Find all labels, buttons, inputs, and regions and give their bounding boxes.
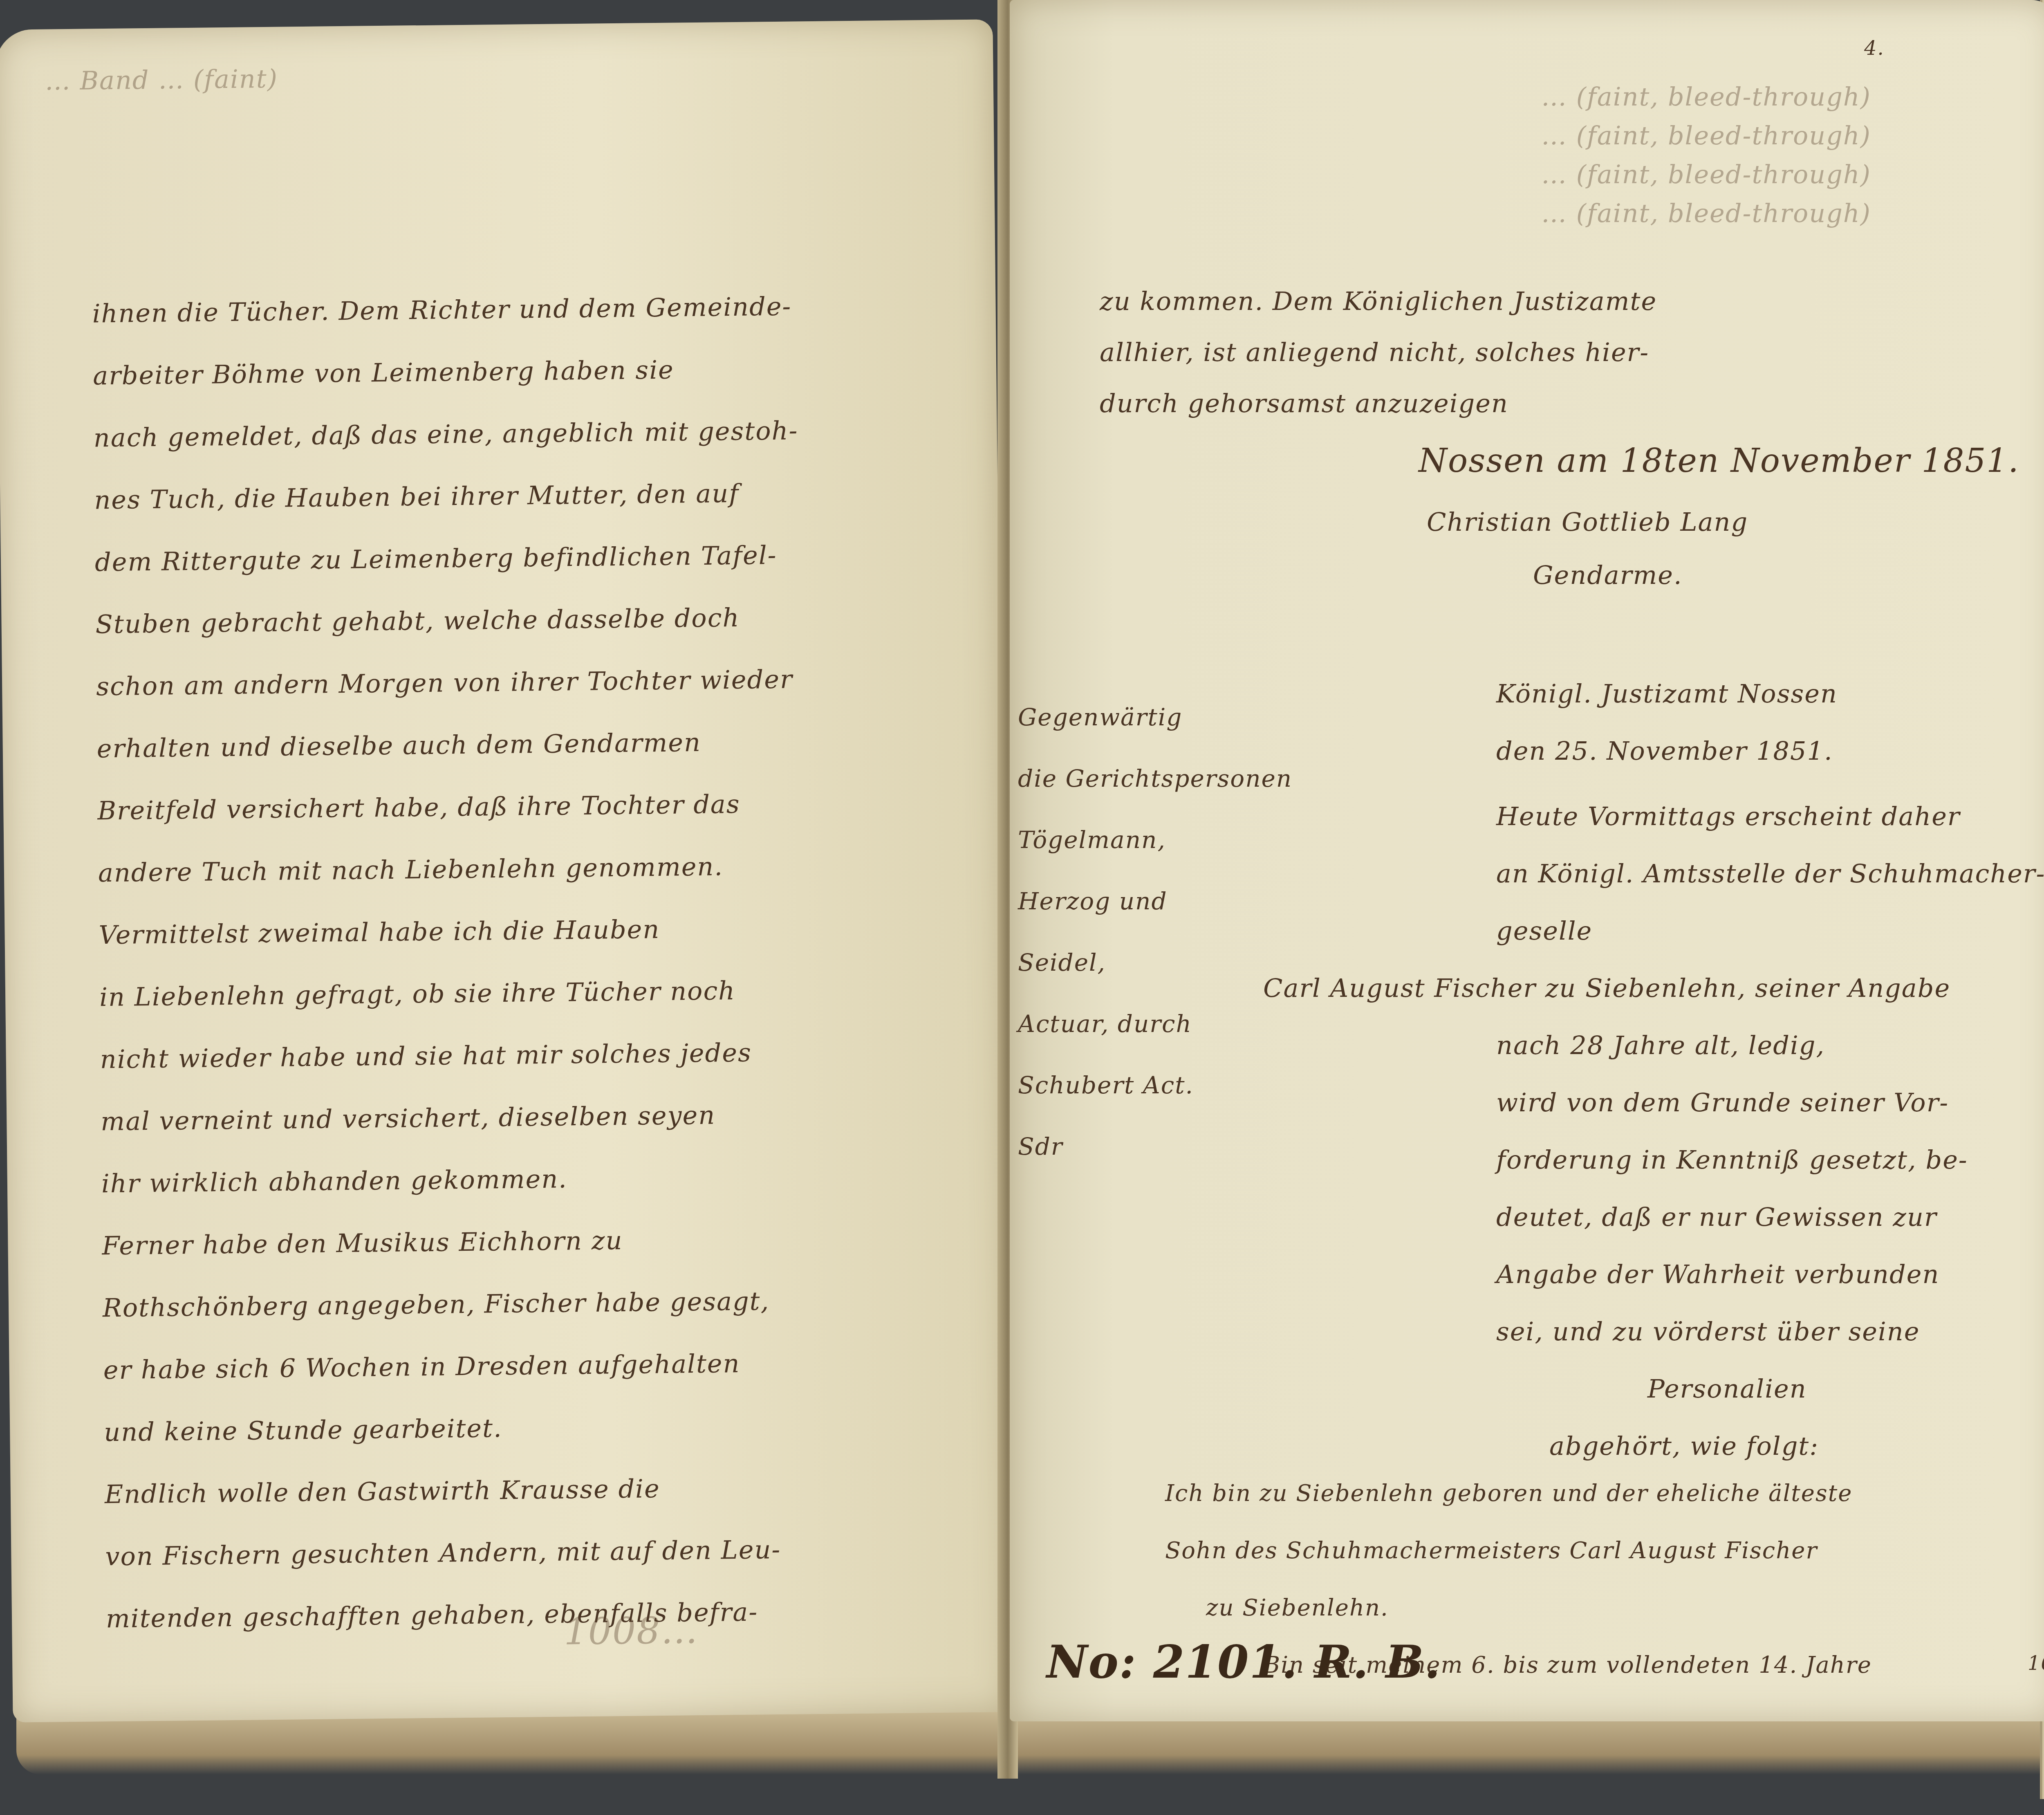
handwritten-line: allhier, ist anliegend nicht, solches hi… <box>1100 337 1649 367</box>
handwritten-line: Rothschönberg angegeben, Fischer habe ge… <box>103 1286 770 1323</box>
handwritten-line: Personalien <box>1647 1374 1807 1404</box>
handwritten-line: … (faint, bleed-through) <box>1541 82 1871 112</box>
handwritten-line: Endlich wolle den Gastwirth Krausse die <box>105 1474 660 1509</box>
handwritten-line: sei, und zu vörderst über seine <box>1496 1317 1920 1346</box>
signature-name: Christian Gottlieb Lang <box>1427 507 1748 537</box>
corner-mark: 16 <box>2028 1652 2044 1675</box>
handwritten-line: er habe sich 6 Wochen in Dresden aufgeha… <box>103 1348 740 1385</box>
handwritten-line: Ich bin zu Siebenlehn geboren und der eh… <box>1165 1480 1852 1507</box>
handwritten-line: … (faint, bleed-through) <box>1541 198 1871 228</box>
handwritten-line: schon am andern Morgen von ihrer Tochter… <box>96 664 793 702</box>
handwritten-line: Seidel, <box>1018 949 1106 976</box>
handwritten-line: Actuar, durch <box>1018 1010 1192 1038</box>
handwritten-line: an Königl. Amtsstelle der Schuhmacher- <box>1496 859 2044 888</box>
handwritten-line: abgehört, wie folgt: <box>1549 1431 1819 1461</box>
handwritten-line: und keine Stunde gearbeitet. <box>104 1413 502 1447</box>
right-page: 4. … (faint, bleed-through)… (faint, ble… <box>1010 0 2044 1721</box>
handwritten-line: erhalten und dieselbe auch dem Gendarmen <box>96 727 701 763</box>
faint-stamp: 1008… <box>564 1609 699 1653</box>
signature-title: Gendarme. <box>1533 560 1683 590</box>
report-date: Nossen am 18ten November 1851. <box>1419 442 2019 480</box>
left-page-text: ihnen die Tücher. Dem Richter und dem Ge… <box>0 19 993 30</box>
handwritten-line: nes Tuch, die Hauben bei ihrer Mutter, d… <box>94 478 739 515</box>
handwritten-line: zu kommen. Dem Königlichen Justizamte <box>1100 286 1657 316</box>
handwritten-line: Breitfeld versichert habe, daß ihre Toch… <box>97 789 740 826</box>
handwritten-line: Angabe der Wahrheit verbunden <box>1496 1259 1939 1289</box>
handwritten-line: Vermittelst zweimal habe ich die Hauben <box>99 914 660 950</box>
handwritten-line: arbeiter Böhme von Leimenberg haben sie <box>93 355 674 391</box>
handwritten-line: von Fischern gesuchten Andern, mit auf d… <box>105 1535 781 1571</box>
left-top-note: … Band … (faint) <box>45 64 278 96</box>
handwritten-line: ihr wirklich abhanden gekommen. <box>101 1164 568 1198</box>
handwritten-line: Schubert Act. <box>1018 1071 1194 1099</box>
page-number: 4. <box>1864 37 1885 60</box>
handwritten-line: Gegenwärtig <box>1018 703 1182 731</box>
handwritten-line: nach 28 Jahre alt, ledig, <box>1496 1030 1825 1060</box>
handwritten-line: ihnen die Tücher. Dem Richter und dem Ge… <box>92 292 791 329</box>
handwritten-line: Sdr <box>1018 1133 1063 1160</box>
handwritten-line: … (faint, bleed-through) <box>1541 159 1871 189</box>
handwritten-line: zu Siebenlehn. <box>1206 1595 1389 1621</box>
handwritten-line: geselle <box>1496 916 1592 946</box>
handwritten-line: Stuben gebracht gehabt, welche dasselbe … <box>95 603 740 639</box>
handwritten-line: nicht wieder habe und sie hat mir solche… <box>100 1038 752 1075</box>
handwritten-line: durch gehorsamst anzuzeigen <box>1100 388 1508 418</box>
open-manuscript-book: … Band … (faint) ihnen die Tücher. Dem R… <box>0 0 2044 1815</box>
handwritten-line: deutet, daß er nur Gewissen zur <box>1496 1202 1937 1232</box>
handwritten-line: Herzog und <box>1018 887 1168 915</box>
handwritten-line: Tögelmann, <box>1018 826 1166 854</box>
handwritten-line: nach gemeldet, daß das eine, angeblich m… <box>93 415 798 453</box>
protocol-header: Königl. Justizamt Nossen <box>1496 679 1838 709</box>
handwritten-line: Carl August Fischer zu Siebenlehn, seine… <box>1263 973 1950 1003</box>
handwritten-line: dem Rittergute zu Leimenberg befindliche… <box>95 540 777 577</box>
handwritten-line: andere Tuch mit nach Liebenlehn genommen… <box>98 851 724 888</box>
archive-number: No: 2101. R. B. <box>1047 1636 1441 1688</box>
protocol-date: den 25. November 1851. <box>1496 736 1833 766</box>
handwritten-line: forderung in Kenntniß gesetzt, be- <box>1496 1145 1968 1175</box>
handwritten-line: Heute Vormittags erscheint daher <box>1496 801 1960 831</box>
handwritten-line: wird von dem Grunde seiner Vor- <box>1496 1088 1949 1117</box>
handwritten-line: … (faint, bleed-through) <box>1541 121 1871 150</box>
left-page: … Band … (faint) ihnen die Tücher. Dem R… <box>0 19 1011 1722</box>
handwritten-line: die Gerichtspersonen <box>1018 765 1292 792</box>
handwritten-line: Sohn des Schuhmachermeisters Carl August… <box>1165 1537 1818 1564</box>
handwritten-line: Ferner habe den Musikus Eichhorn zu <box>102 1225 623 1261</box>
handwritten-line: in Liebenlehn gefragt, ob sie ihre Tüche… <box>99 976 736 1012</box>
handwritten-line: mal verneint und versichert, dieselben s… <box>101 1100 716 1137</box>
